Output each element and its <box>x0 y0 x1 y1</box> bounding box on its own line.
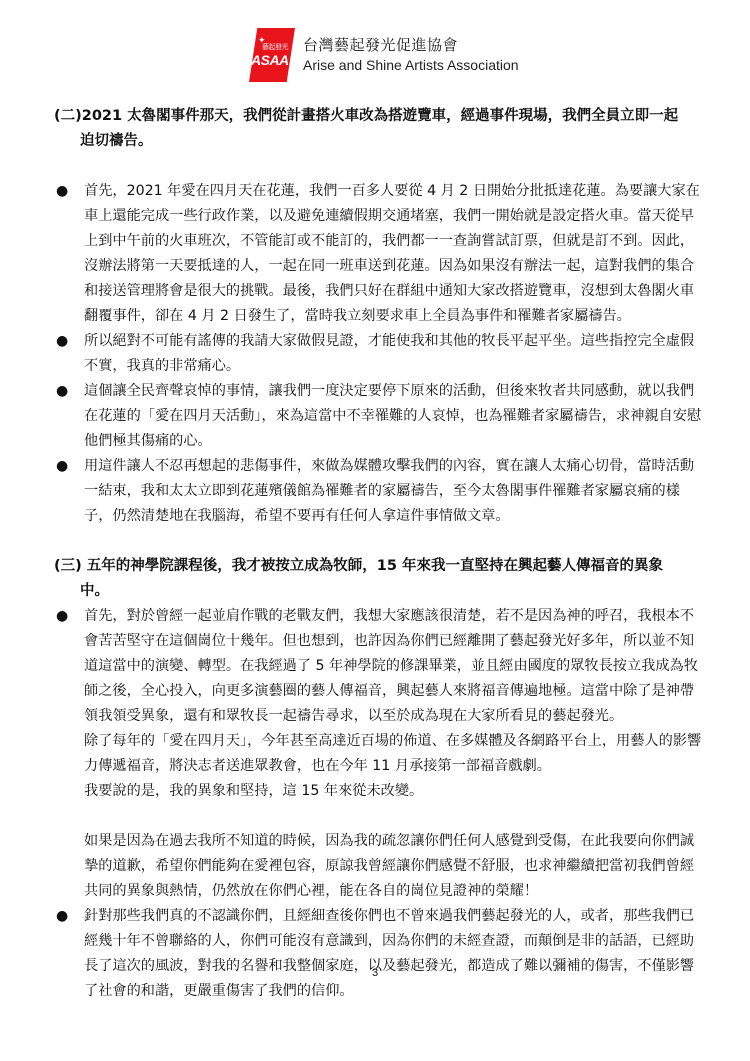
bullet-list: ●針對那些我們真的不認識你們，且經細查後你們也不曾來過我們藝起發光的人，或者，那… <box>54 904 704 1004</box>
list-item-text: 針對那些我們真的不認識你們，且經細查後你們也不曾來過我們藝起發光的人，或者，那些… <box>84 908 694 999</box>
paragraph: 我要說的是，我的異象和堅持，這 15 年來從未改變。 <box>54 779 704 804</box>
bullet-icon: ● <box>56 179 68 204</box>
list-item-text: 這個讓全民齊聲哀悼的事情，讓我們一度決定要停下原來的活動，但後來牧者共同感動，就… <box>84 383 701 449</box>
list-item: ●用這件讓人不忍再想起的悲傷事件，來做為媒體攻擊我們的內容，實在讓人太痛心切骨，… <box>54 454 704 529</box>
section-heading-line: (二)2021 太魯閣事件那天，我們從計畫搭火車改為搭遊覽車，經過事件現場，我們… <box>54 108 678 124</box>
org-name: 台灣藝起發光促進協會 Arise and Shine Artists Assoc… <box>303 35 519 75</box>
bullet-list: ●首先，2021 年愛在四月天在花蓮，我們一百多人要從 4 月 2 日開始分批抵… <box>54 179 704 529</box>
section-heading-3: (三) 五年的神學院課程後，我才被按立成為牧師，15 年來我一直堅持在興起藝人傳… <box>54 554 704 604</box>
list-item: ●首先，對於曾經一起並肩作戰的老戰友們，我想大家應該很清楚，若不是因為神的呼召，… <box>54 604 704 729</box>
spacer <box>54 154 704 179</box>
bullet-list: ●首先，對於曾經一起並肩作戰的老戰友們，我想大家應該很清楚，若不是因為神的呼召，… <box>54 604 704 729</box>
logo-big-text: ASAA <box>251 52 289 68</box>
list-item-text: 首先，對於曾經一起並肩作戰的老戰友們，我想大家應該很清楚，若不是因為神的呼召，我… <box>84 608 698 724</box>
page-number: 3 <box>0 967 750 979</box>
list-item: ●這個讓全民齊聲哀悼的事情，讓我們一度決定要停下原來的活動，但後來牧者共同感動，… <box>54 379 704 454</box>
list-item: ●首先，2021 年愛在四月天在花蓮，我們一百多人要從 4 月 2 日開始分批抵… <box>54 179 704 329</box>
section-heading-2: (二)2021 太魯閣事件那天，我們從計畫搭火車改為搭遊覽車，經過事件現場，我們… <box>54 104 704 154</box>
section-heading-line: 中。 <box>54 579 704 604</box>
letterhead: ✦ 藝起發光 ASAA 台灣藝起發光促進協會 Arise and Shine A… <box>249 28 519 82</box>
bullet-icon: ● <box>56 379 68 404</box>
paragraph: 如果是因為在過去我所不知道的時候，因為我的疏忽讓你們任何人感覺到受傷，在此我要向… <box>54 829 704 904</box>
list-item-text: 所以絕對不可能有謠傳的我請大家做假見證，才能使我和其他的牧長平起平坐。這些指控完… <box>84 333 694 374</box>
spacer <box>54 529 704 554</box>
list-item: ●所以絕對不可能有謠傳的我請大家做假見證，才能使我和其他的牧長平起平坐。這些指控… <box>54 329 704 379</box>
list-item: ●針對那些我們真的不認識你們，且經細查後你們也不曾來過我們藝起發光的人，或者，那… <box>54 904 704 1004</box>
list-item-text: 用這件讓人不忍再想起的悲傷事件，來做為媒體攻擊我們的內容，實在讓人太痛心切骨，當… <box>84 458 694 524</box>
bullet-icon: ● <box>56 454 68 479</box>
logo-small-text: 藝起發光 <box>262 42 288 52</box>
bullet-icon: ● <box>56 604 68 629</box>
section-heading-line: 迫切禱告。 <box>54 129 704 154</box>
document-body: (二)2021 太魯閣事件那天，我們從計畫搭火車改為搭遊覽車，經過事件現場，我們… <box>54 104 704 1004</box>
org-name-zh: 台灣藝起發光促進協會 <box>303 35 519 55</box>
list-item-text: 首先，2021 年愛在四月天在花蓮，我們一百多人要從 4 月 2 日開始分批抵達… <box>84 183 700 324</box>
org-name-en: Arise and Shine Artists Association <box>303 55 519 75</box>
bullet-icon: ● <box>56 904 68 929</box>
asaa-logo: ✦ 藝起發光 ASAA <box>249 28 295 82</box>
spacer <box>54 804 704 829</box>
bullet-icon: ● <box>56 329 68 354</box>
paragraph: 除了每年的「愛在四月天」，今年甚至高達近百場的佈道、在多媒體及各網路平台上，用藝… <box>54 729 704 779</box>
section-heading-line: (三) 五年的神學院課程後，我才被按立成為牧師，15 年來我一直堅持在興起藝人傳… <box>54 558 663 574</box>
